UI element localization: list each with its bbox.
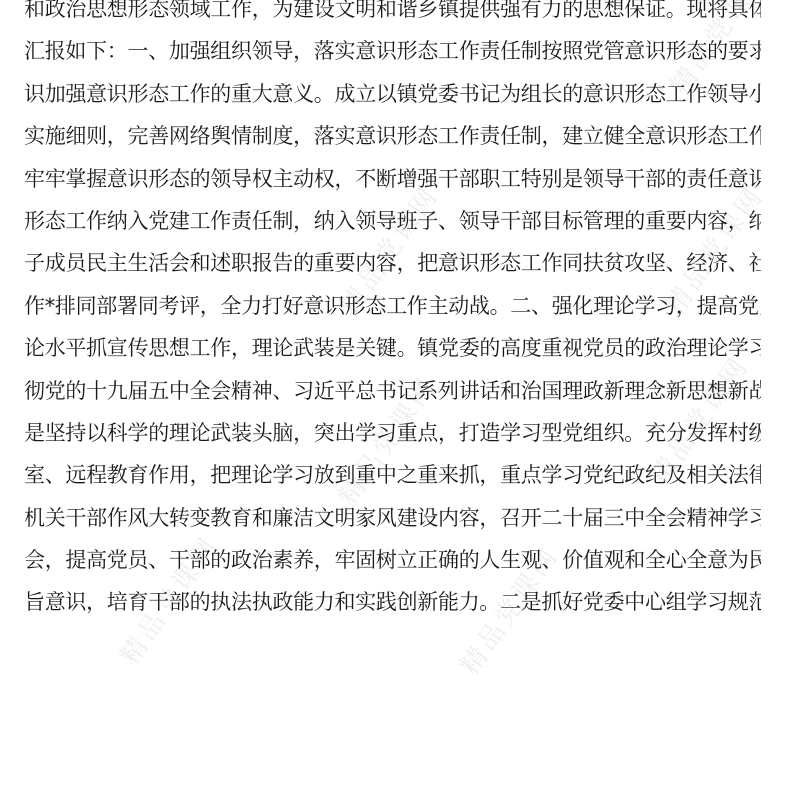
text-line: 子成员民主生活会和述职报告的重要内容，把意识形态工作同扶贫攻坚、经济、社会稳定工 — [24, 242, 761, 284]
text-line: 作*排同部署同考评，全力打好意识形态工作主动战。二、强化理论学习，提高党员政治理 — [24, 285, 761, 327]
document-page: 精品党课网 精品党课网 精品党课网 精品党课网 精品党课网 精品党课网 精品党课… — [0, 0, 800, 800]
text-line: 和政治思想形态领域工作，为建设文明和谐乡镇提供强有力的思想保证。现将具体工作总结 — [24, 0, 761, 30]
text-line: 机关干部作风大转变教育和廉洁文明家风建设内容，召开二十届三中全会精神学习座谈交流 — [24, 497, 761, 539]
text-line: 会，提高党员、干部的政治素养，牢固树立正确的人生观、价值观和全心全意为民服务的宗 — [24, 539, 761, 581]
text-line: 牢牢掌握意识形态的领导权主动权，不断增强干部职工特别是领导干部的责任意识。把意识 — [24, 158, 761, 200]
text-line: 彻党的十九届五中全会精神、习近平总书记系列讲话和治国理政新理念新思想新战略等。一 — [24, 370, 761, 412]
text-line: 旨意识，培育干部的执法执政能力和实践创新能力。二是抓好党委中心组学习规范化、制度 — [24, 581, 761, 623]
text-line: 论水平抓宣传思想工作，理论武装是关键。镇党委的高度重视党员的政治理论学习，认真贯 — [24, 327, 761, 369]
text-line: 室、远程教育作用，把理论学习放到重中之重来抓，重点学习党纪政纪及相关法律法规知识… — [24, 454, 761, 496]
text-line: 是坚持以科学的理论武装头脑，突出学习重点，打造学习型党组织。充分发挥村级党员活动 — [24, 412, 761, 454]
document-body: 和政治思想形态领域工作，为建设文明和谐乡镇提供强有力的思想保证。现将具体工作总结… — [24, 0, 784, 624]
text-line: 汇报如下：一、加强组织领导，落实意识形态工作责任制按照党管意识形态的要求，充分认 — [24, 30, 761, 72]
text-line: 形态工作纳入党建工作责任制，纳入领导班子、领导干部目标管理的重要内容，纳入领导班 — [24, 200, 761, 242]
text-line: 识加强意识形态工作的重大意义。成立以镇党委书记为组长的意识形态工作领导小组，制定 — [24, 73, 761, 115]
text-line: 实施细则，完善网络舆情制度，落实意识形态工作责任制，建立健全意识形态工作研判机制… — [24, 115, 761, 157]
